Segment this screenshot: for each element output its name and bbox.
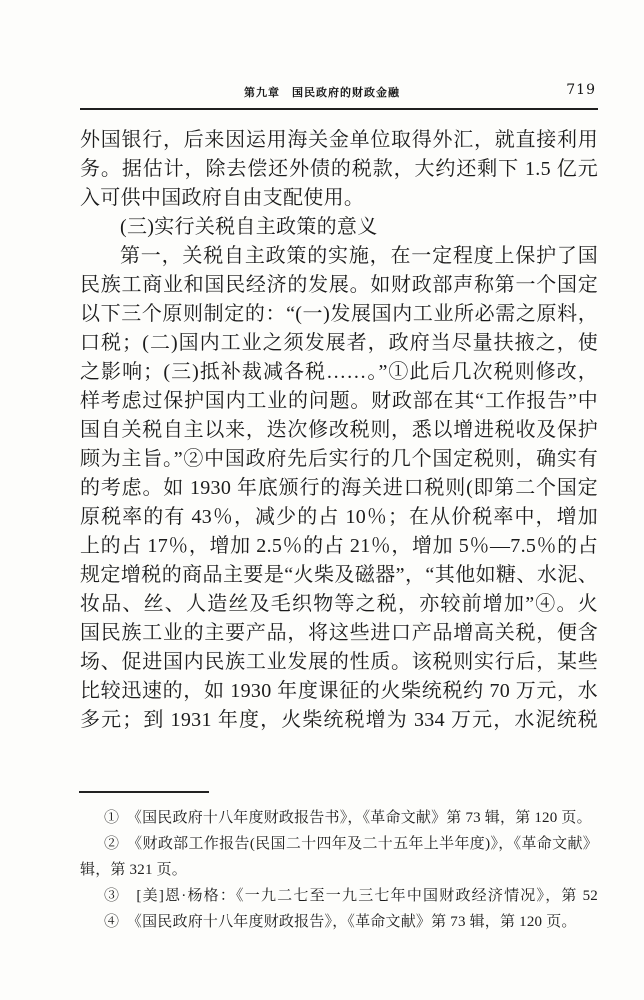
body-line: 场、促进国内民族工业发展的性质。该税则实行后，某些工业的发展是 [80, 648, 598, 677]
page-number: 719 [566, 82, 596, 98]
running-head-title: 第九章 国民政府的财政金融 [244, 87, 400, 99]
body-line: 民族工商业和国民经济的发展。如财政部声称第一个国定税则是按照 [80, 271, 598, 300]
body-line: 口税；(二)国内工业之须发展者，政府当尽量扶掖之，使不受外货竞争 [80, 329, 598, 358]
footnote-line: ① 《国民政府十八年度财政报告书》，《革命文献》第 73 辑，第 120 页。 [80, 805, 598, 831]
body-line: 顾为主旨。”②中国政府先后实行的几个国定税则，确实有这种“兼顾” [80, 445, 598, 474]
page-header: 第九章 国民政府的财政金融 719 [0, 84, 644, 100]
body-line: 外国银行，后来因运用海关金单位取得外汇，就直接利用外币清偿债 [80, 126, 598, 155]
book-page: 第九章 国民政府的财政金融 719 外国银行，后来因运用海关金单位取得外汇，就直… [0, 0, 644, 1000]
body-line: 上的占 17％，增加 2.5％的占 21％，增加 5％—7.5％的占 9％③。税… [80, 532, 598, 561]
body-line: 之影响；(三)抵补裁减各税……。”①此后几次税则修改，中国政府也同 [80, 358, 598, 387]
body-line: 原税率的有 43％，减少的占 10％；在从价税率中，增加 10％或 10％以 [80, 503, 598, 532]
body-line: 规定增税的商品主要是“火柴及磁器”，“其他如糖、水泥、玻璃、肥皂、化 [80, 561, 598, 590]
header-rule [80, 108, 598, 110]
body-line: (三)实行关税自主政策的意义 [80, 213, 598, 242]
footnotes: ① 《国民政府十八年度财政报告书》，《革命文献》第 73 辑，第 120 页。 … [80, 805, 598, 935]
footnote-line: 辑，第 321 页。 [80, 857, 598, 883]
body-line: 国自关税自主以来，迭次修改税则，悉以增进税收及保护产业，双方兼 [80, 416, 598, 445]
footnote-line: ② 《财政部工作报告(民国二十四年及二十五年上半年度)》，《革命文献》第 73 [80, 831, 598, 857]
footnote-line: ③ [美]恩·杨格：《一九二七至一九三七年中国财政经济情况》，第 52 页。 [80, 883, 598, 909]
body-line: 多元；到 1931 年度，火柴统税增为 334 万元，水泥统税也达到近 60 万 [80, 706, 598, 735]
footnote-separator [79, 791, 209, 793]
body-line: 第一，关税自主政策的实施，在一定程度上保护了国内市场，促进 [80, 242, 598, 271]
body-line: 样考虑过保护国内工业的问题。财政部在其“工作报告”中曾说明：“我 [80, 387, 598, 416]
body-line: 妆品、丝、人造丝及毛织物等之税，亦较前增加”④。火柴、磁器等是中 [80, 590, 598, 619]
body-text: 外国银行，后来因运用海关金单位取得外汇，就直接利用外币清偿债 务。据估计，除去偿… [80, 126, 598, 735]
body-line: 务。据估计，除去偿还外债的税款，大约还剩下 1.5 亿元以上的关税收 [80, 155, 598, 184]
body-line: 比较迅速的，如 1930 年度课征的火柴统税约 70 万元，水泥统税 26 万 [80, 677, 598, 706]
footnote-line: ④ 《国民政府十八年度财政报告》，《革命文献》第 73 辑，第 120 页。 [80, 909, 598, 935]
body-line: 国民族工业的主要产品，将这些进口产品增高关税，便含有保护国内市 [80, 619, 598, 648]
body-line: 的考虑。如 1930 年底颁行的海关进口税则(即第二个国定税则)，维持 [80, 474, 598, 503]
body-line: 以下三个原则制定的：“(一)发展国内工业所必需之原料，当减轻其进 [80, 300, 598, 329]
body-line: 入可供中国政府自由支配使用。 [80, 184, 598, 213]
